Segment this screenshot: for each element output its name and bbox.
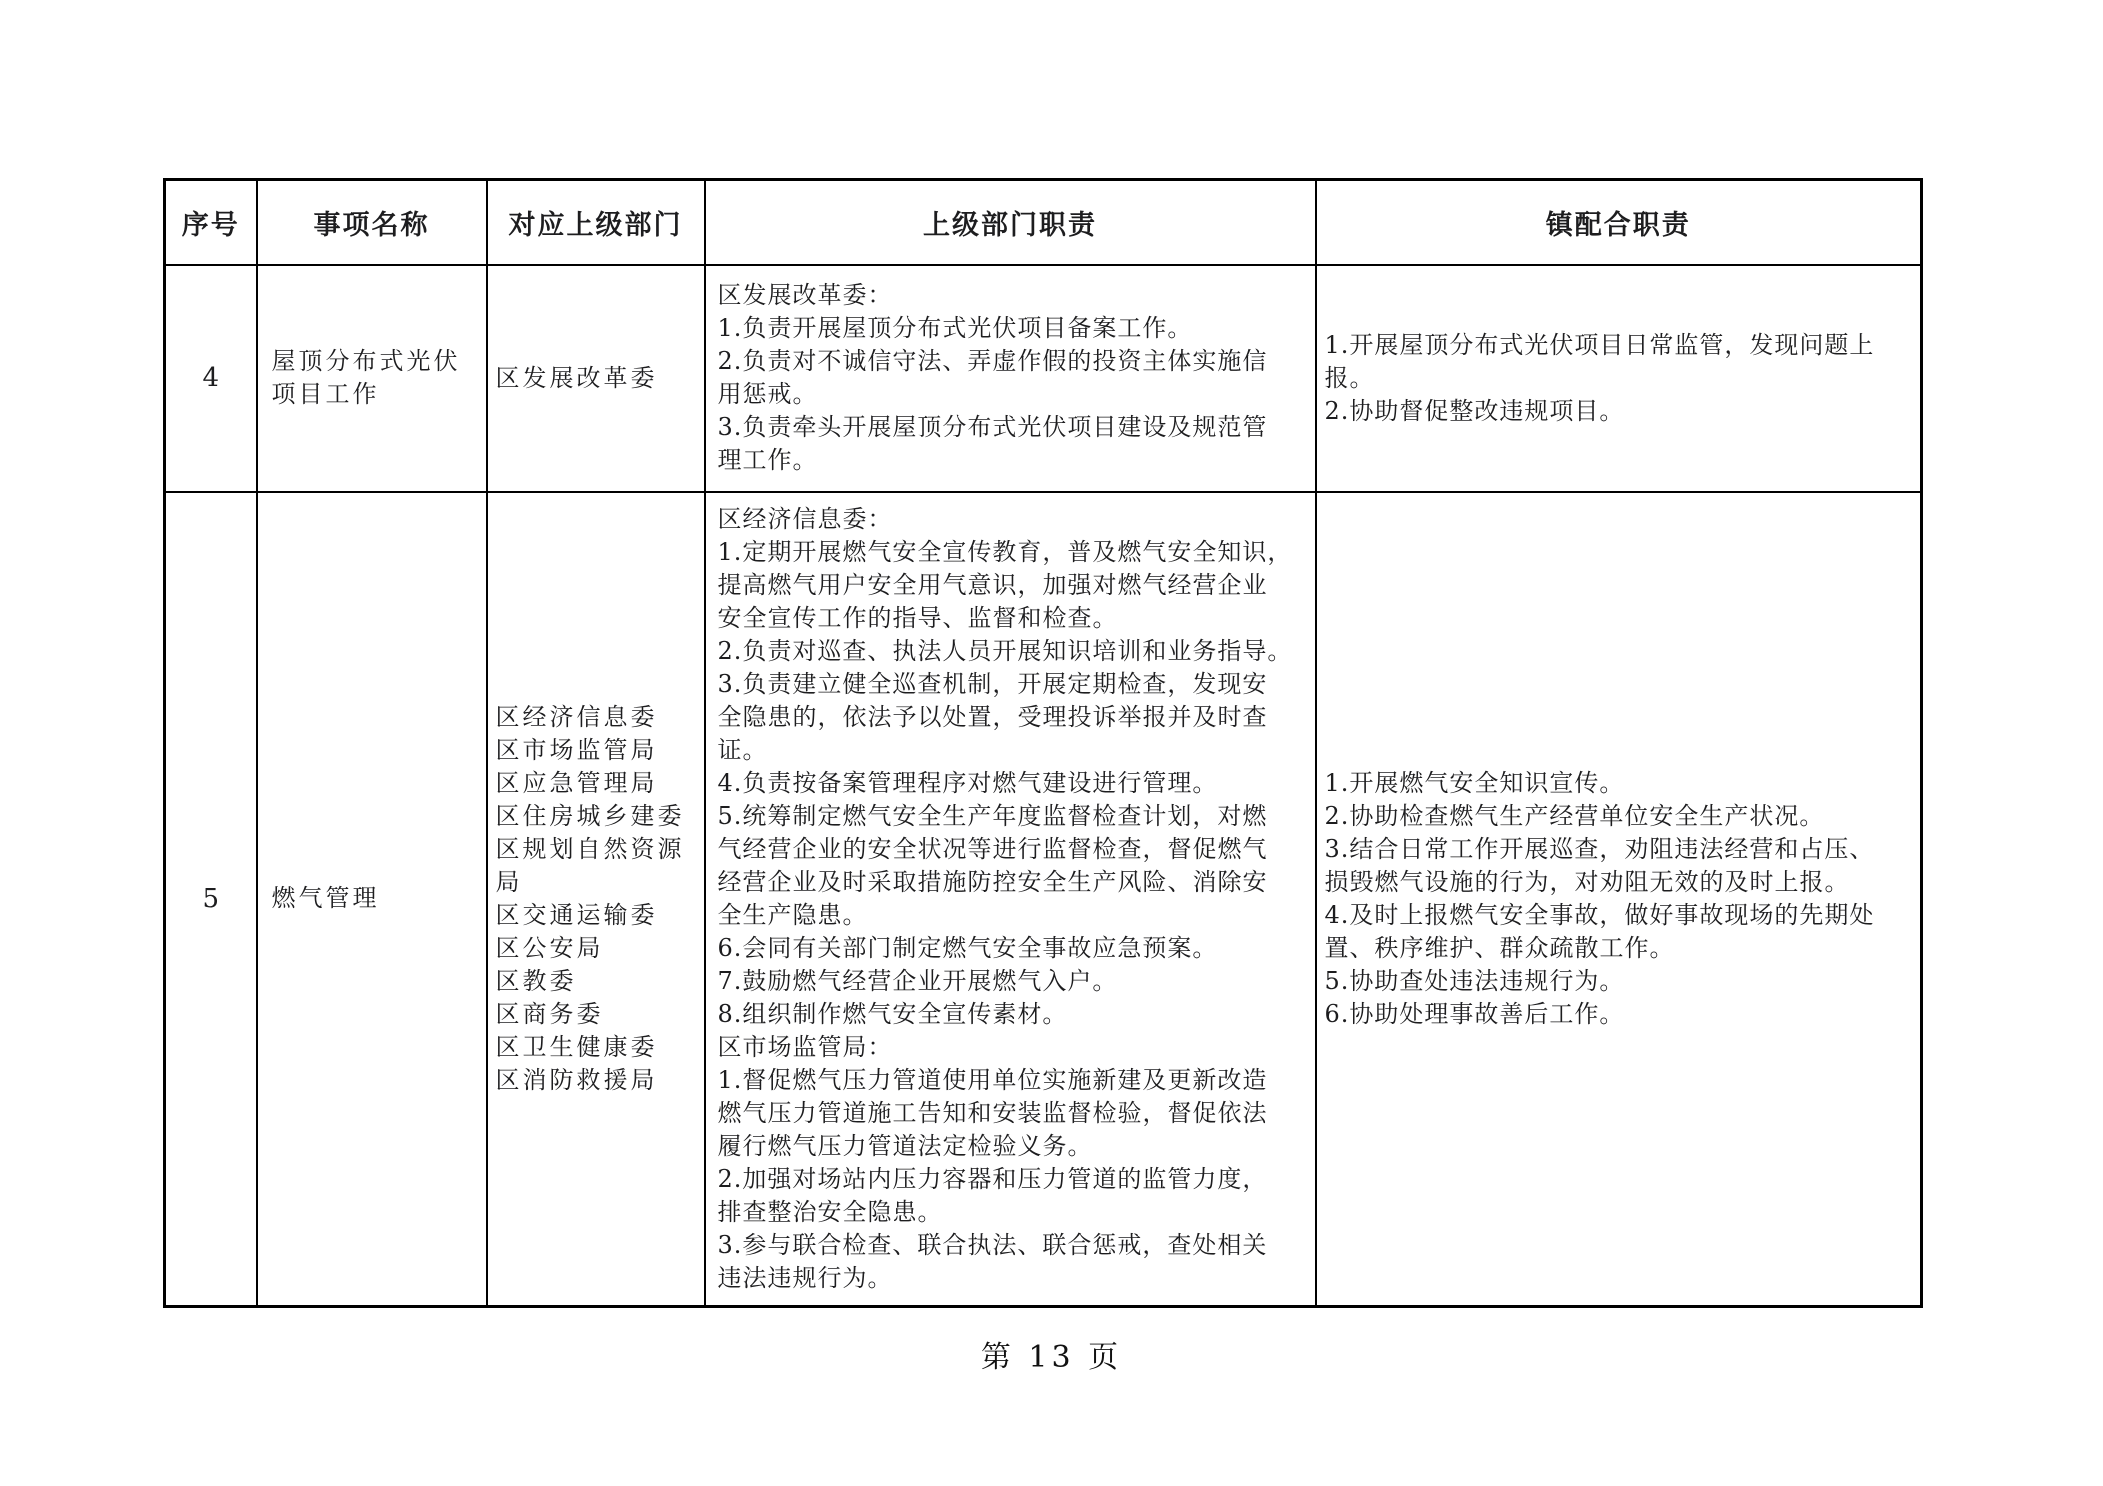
header-cell-item-name: 事项名称: [257, 180, 487, 265]
header-cell-town-cooperation-duties: 镇配合职责: [1316, 180, 1922, 265]
item-name-cell: 燃气管理: [257, 492, 487, 1307]
page-number: 第 13 页: [0, 1332, 2103, 1376]
item-name-cell: 屋顶分布式光伏 项目工作: [257, 265, 487, 492]
town-duties-cell: 1.开展燃气安全知识宣传。 2.协助检查燃气生产经营单位安全生产状况。 3.结合…: [1316, 492, 1922, 1307]
serial-number-cell: 4: [165, 265, 257, 492]
document-page: 序号 事项名称 对应上级部门 上级部门职责 镇配合职责 4 屋顶分布式光伏 项目…: [0, 0, 2103, 1486]
responsibilities-table: 序号 事项名称 对应上级部门 上级部门职责 镇配合职责 4 屋顶分布式光伏 项目…: [163, 178, 1923, 1308]
header-cell-serial-number: 序号: [165, 180, 257, 265]
header-cell-superior-duties: 上级部门职责: [705, 180, 1316, 265]
superior-department-cell: 区发展改革委: [487, 265, 705, 492]
superior-duties-cell: 区发展改革委： 1.负责开展屋顶分布式光伏项目备案工作。 2.负责对不诚信守法、…: [705, 265, 1316, 492]
table-row-4: 4 屋顶分布式光伏 项目工作 区发展改革委 区发展改革委： 1.负责开展屋顶分布…: [165, 265, 1922, 492]
header-cell-superior-department: 对应上级部门: [487, 180, 705, 265]
table-row-5: 5 燃气管理 区经济信息委 区市场监管局 区应急管理局 区住房城乡建委 区规划自…: [165, 492, 1922, 1307]
serial-number-cell: 5: [165, 492, 257, 1307]
town-duties-cell: 1.开展屋顶分布式光伏项目日常监管，发现问题上 报。 2.协助督促整改违规项目。: [1316, 265, 1922, 492]
table-header-row: 序号 事项名称 对应上级部门 上级部门职责 镇配合职责: [165, 180, 1922, 265]
superior-duties-cell: 区经济信息委： 1.定期开展燃气安全宣传教育，普及燃气安全知识， 提高燃气用户安…: [705, 492, 1316, 1307]
superior-department-cell: 区经济信息委 区市场监管局 区应急管理局 区住房城乡建委 区规划自然资源 局 区…: [487, 492, 705, 1307]
